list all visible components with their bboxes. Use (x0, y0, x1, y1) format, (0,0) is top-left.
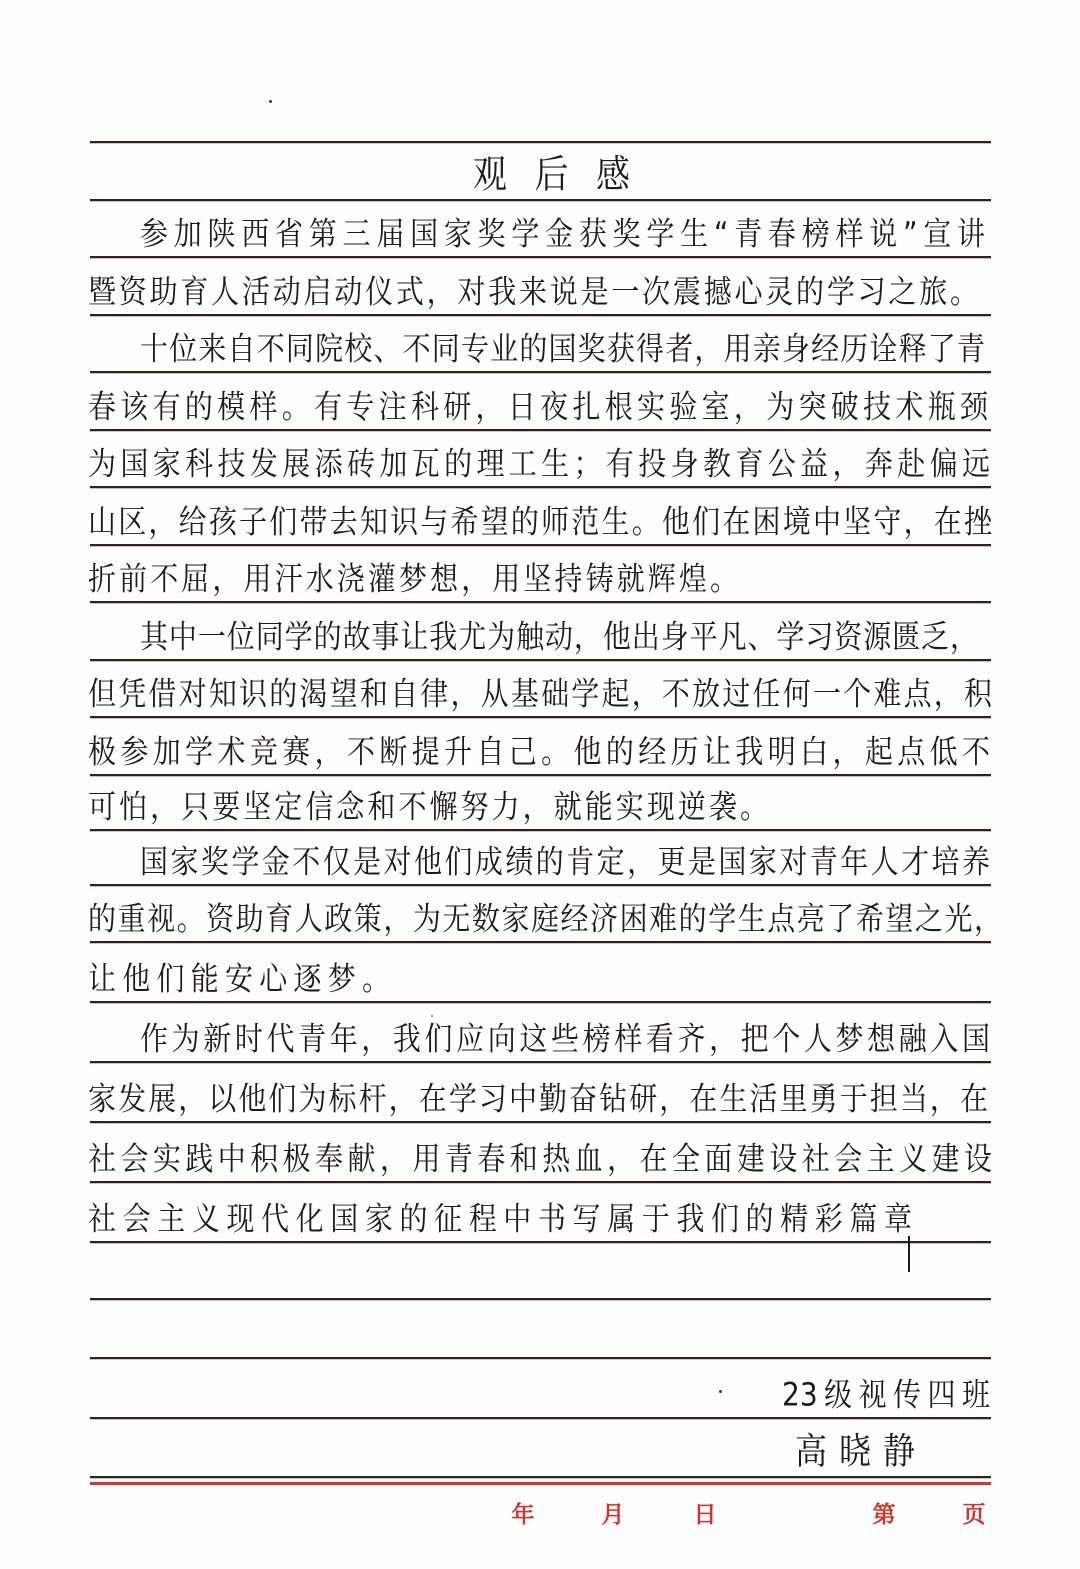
essay-line: 国家奖学金不仅是对他们成绩的肯定，更是国家对青年人才培养 (140, 842, 990, 883)
ruled-line (90, 1476, 991, 1478)
essay-line: 作为新时代青年，我们应向这些榜样看齐，把个人梦想融入国 (140, 1019, 990, 1060)
essay-line: 暨资助育人活动启动仪式，对我来说是一次震撼心灵的学习之旅。 (88, 272, 978, 313)
essay-line: 可怕，只要坚定信念和不懈努力，就能实现逆袭。 (88, 787, 768, 828)
essay-line: 为国家科技发展添砖加瓦的理工生；有投身教育公益，奔赴偏远 (88, 444, 990, 485)
ink-speck (431, 1015, 433, 1017)
ruled-line (90, 659, 991, 661)
ruled-line (90, 429, 991, 431)
ruled-line (90, 371, 991, 373)
essay-line: 折前不屈，用汗水浇灌梦想，用坚持铸就辉煌。 (88, 559, 738, 600)
essay-line: 山区，给孩子们带去知识与希望的师范生。他们在困境中坚守，在挫 (88, 502, 992, 543)
essay-line: 其中一位同学的故事让我尤为触动，他出身平凡、学习资源匮乏， (140, 617, 978, 658)
ruled-line (90, 199, 991, 201)
essay-line: 的重视。资助育人政策，为无数家庭经济困难的学生点亮了希望之光， (88, 899, 1002, 940)
essay-line: 社会实践中积极奉献，用青春和热血，在全面建设社会主义建设 (88, 1139, 992, 1180)
ruled-line (90, 314, 991, 316)
ruled-line (90, 941, 991, 943)
ruled-line (90, 1298, 991, 1300)
ruled-line (90, 829, 991, 831)
ruled-line (90, 256, 991, 258)
ruled-line (90, 544, 991, 546)
ruled-line-red-border (90, 1482, 991, 1485)
signature-name: 高晓静 (795, 1428, 915, 1474)
ruled-line (90, 1181, 991, 1183)
ink-speck (719, 1390, 722, 1393)
ruled-line (90, 1241, 991, 1243)
ruled-line (90, 1121, 991, 1123)
ruled-line (90, 716, 991, 718)
footer-page-suffix: 页 (959, 1501, 989, 1529)
ruled-line (90, 1417, 991, 1419)
essay-line: 让他们能安心逐梦。 (88, 959, 390, 1000)
ruled-line (90, 486, 991, 488)
essay-line: 极参加学术竞赛，不断提升自己。他的经历让我明白，起点低不 (88, 732, 990, 773)
pen-stroke (908, 1236, 910, 1272)
lined-paper: 观后感 参加陕西省第三届国家奖学金获奖学生“青春榜样说”宣讲 暨资助育人活动启动… (0, 0, 1080, 1569)
ink-speck (269, 100, 272, 103)
ruled-line (90, 1001, 991, 1003)
ruled-line (90, 884, 991, 886)
ruled-line (90, 1357, 991, 1359)
essay-title: 观后感 (473, 152, 630, 198)
signature-class: 23级视传四班 (782, 1375, 990, 1416)
footer-page-prefix: 第 (869, 1501, 899, 1529)
essay-line: 参加陕西省第三届国家奖学金获奖学生“青春榜样说”宣讲 (140, 214, 985, 255)
footer-year-label: 年 (508, 1501, 538, 1529)
essay-line: 但凭借对知识的渴望和自律，从基础学起，不放过任何一个难点，积 (88, 674, 992, 715)
ruled-line (90, 141, 991, 143)
essay-line: 社会主义现代化国家的征程中书写属于我们的精彩篇章 (88, 1199, 912, 1240)
ruled-line (90, 1061, 991, 1063)
footer-month-label: 月 (598, 1501, 628, 1529)
ruled-line (90, 601, 991, 603)
footer-day-label: 日 (690, 1501, 720, 1529)
essay-line: 十位来自不同院校、不同专业的国奖获得者，用亲身经历诠释了青 (140, 329, 985, 370)
ruled-line (90, 774, 991, 776)
essay-line: 春该有的模样。有专注科研，日夜扎根实验室，为突破技术瓶颈 (88, 387, 988, 428)
essay-line: 家发展，以他们为标杆，在学习中勤奋钻研，在生活里勇于担当，在 (88, 1079, 988, 1120)
